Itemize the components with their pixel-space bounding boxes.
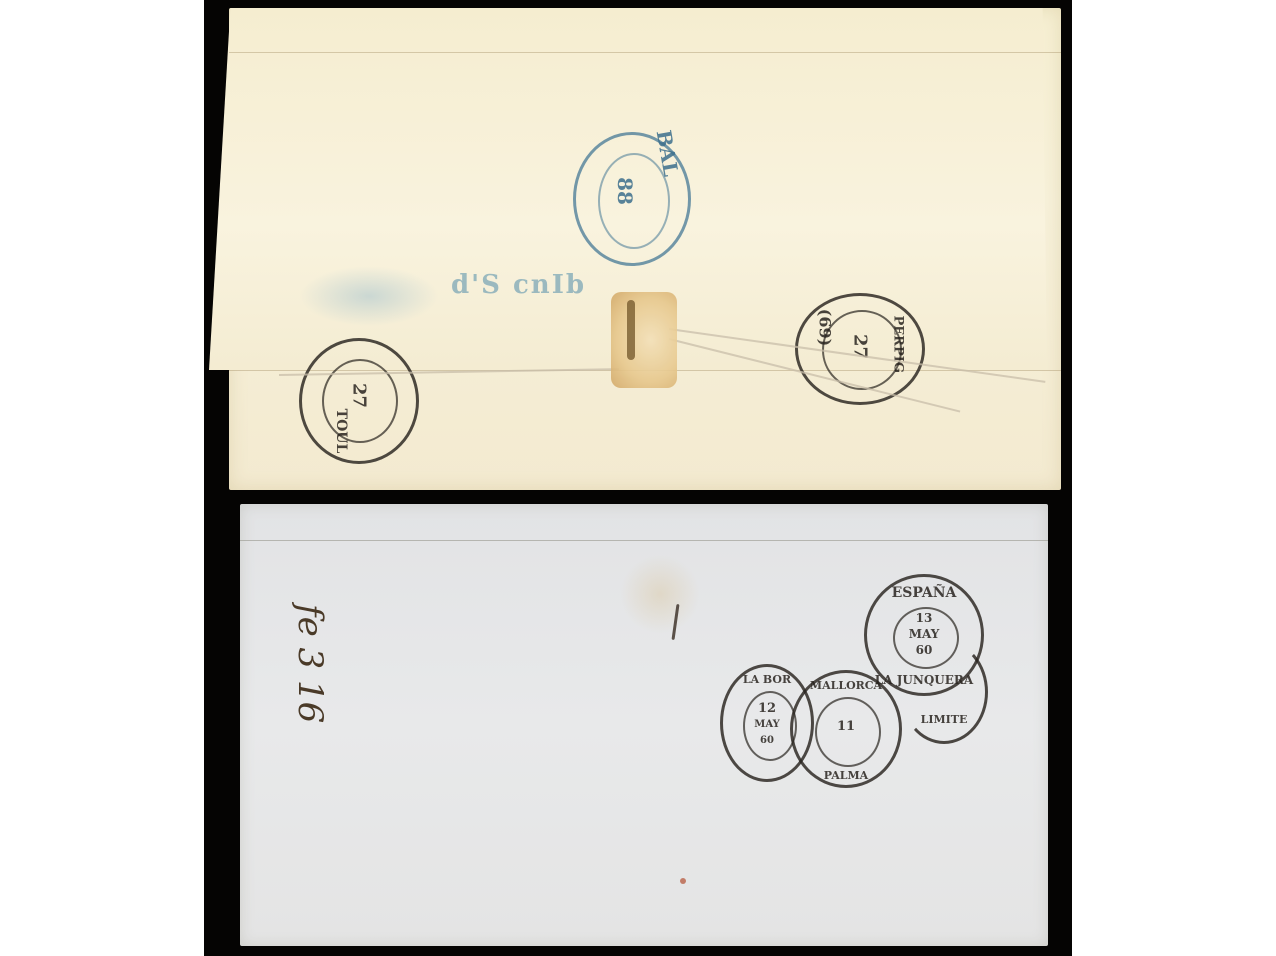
postmark-partial: LIMITE — [900, 640, 988, 744]
postmark-blue-bal: BAL 88 — [573, 132, 691, 266]
manuscript-note: fe 3 16 — [290, 604, 330, 723]
fold-line — [240, 540, 1048, 541]
fold-line — [229, 52, 1061, 53]
wax-seal — [611, 292, 677, 388]
paper-stain — [620, 554, 700, 634]
blue-partial-mark: d'S cnIb — [451, 270, 586, 300]
ink-spot — [680, 878, 686, 884]
bottom-cover: fe 3 16 ESPAÑA 13 MAY 60 LA JUNQUERA LIM… — [240, 504, 1048, 946]
postmark-black-left: 27 TOUL — [299, 338, 419, 464]
top-cover: d'S cnIb BAL 88 (69) 27 PERPIG 27 TOUL — [229, 8, 1061, 490]
blue-smudge-mark — [299, 266, 439, 326]
postmark-palma-mallorca: MALLORCA 11 PALMA — [790, 670, 902, 788]
